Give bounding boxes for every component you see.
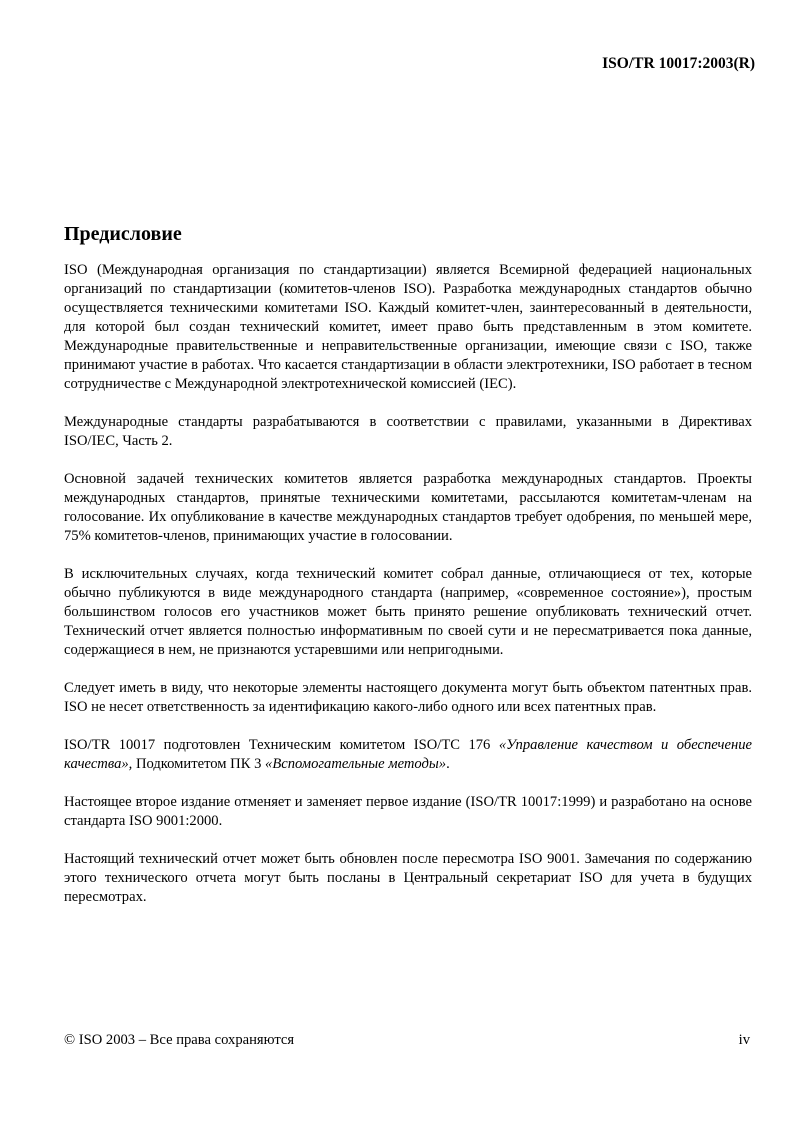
paragraph-technical-report: В исключительных случаях, когда техничес… — [64, 565, 752, 660]
paragraph-prepared-by: ISO/TR 10017 подготовлен Техническим ком… — [64, 736, 752, 774]
paragraph-directives: Международные стандарты разрабатываются … — [64, 413, 752, 451]
subcommittee-title-italic: «Вспомогательные методы» — [265, 756, 446, 772]
paragraph-second-edition: Настоящее второе издание отменяет и заме… — [64, 793, 752, 831]
subcommittee-text: Подкомитетом ПК 3 — [132, 756, 265, 772]
page-footer: © ISO 2003 – Все права сохраняются iv — [64, 1031, 750, 1050]
paragraph-committee-task: Основной задачей технических комитетов я… — [64, 470, 752, 546]
footer-copyright: © ISO 2003 – Все права сохраняются — [64, 1031, 294, 1050]
sentence-end-text: . — [446, 756, 450, 772]
page-title: Предисловие — [64, 221, 752, 247]
paragraph-iso-description: ISO (Международная организация по станда… — [64, 261, 752, 394]
page-number: iv — [739, 1031, 750, 1050]
foreword-section: Предисловие ISO (Международная организац… — [64, 0, 752, 926]
paragraph-patent-rights: Следует иметь в виду, что некоторые элем… — [64, 679, 752, 717]
prepared-by-text: ISO/TR 10017 подготовлен Техническим ком… — [64, 737, 499, 753]
paragraph-update-note: Настоящий технический отчет может быть о… — [64, 850, 752, 907]
document-page: ISO/TR 10017:2003(R) Предисловие ISO (Ме… — [0, 0, 793, 1122]
